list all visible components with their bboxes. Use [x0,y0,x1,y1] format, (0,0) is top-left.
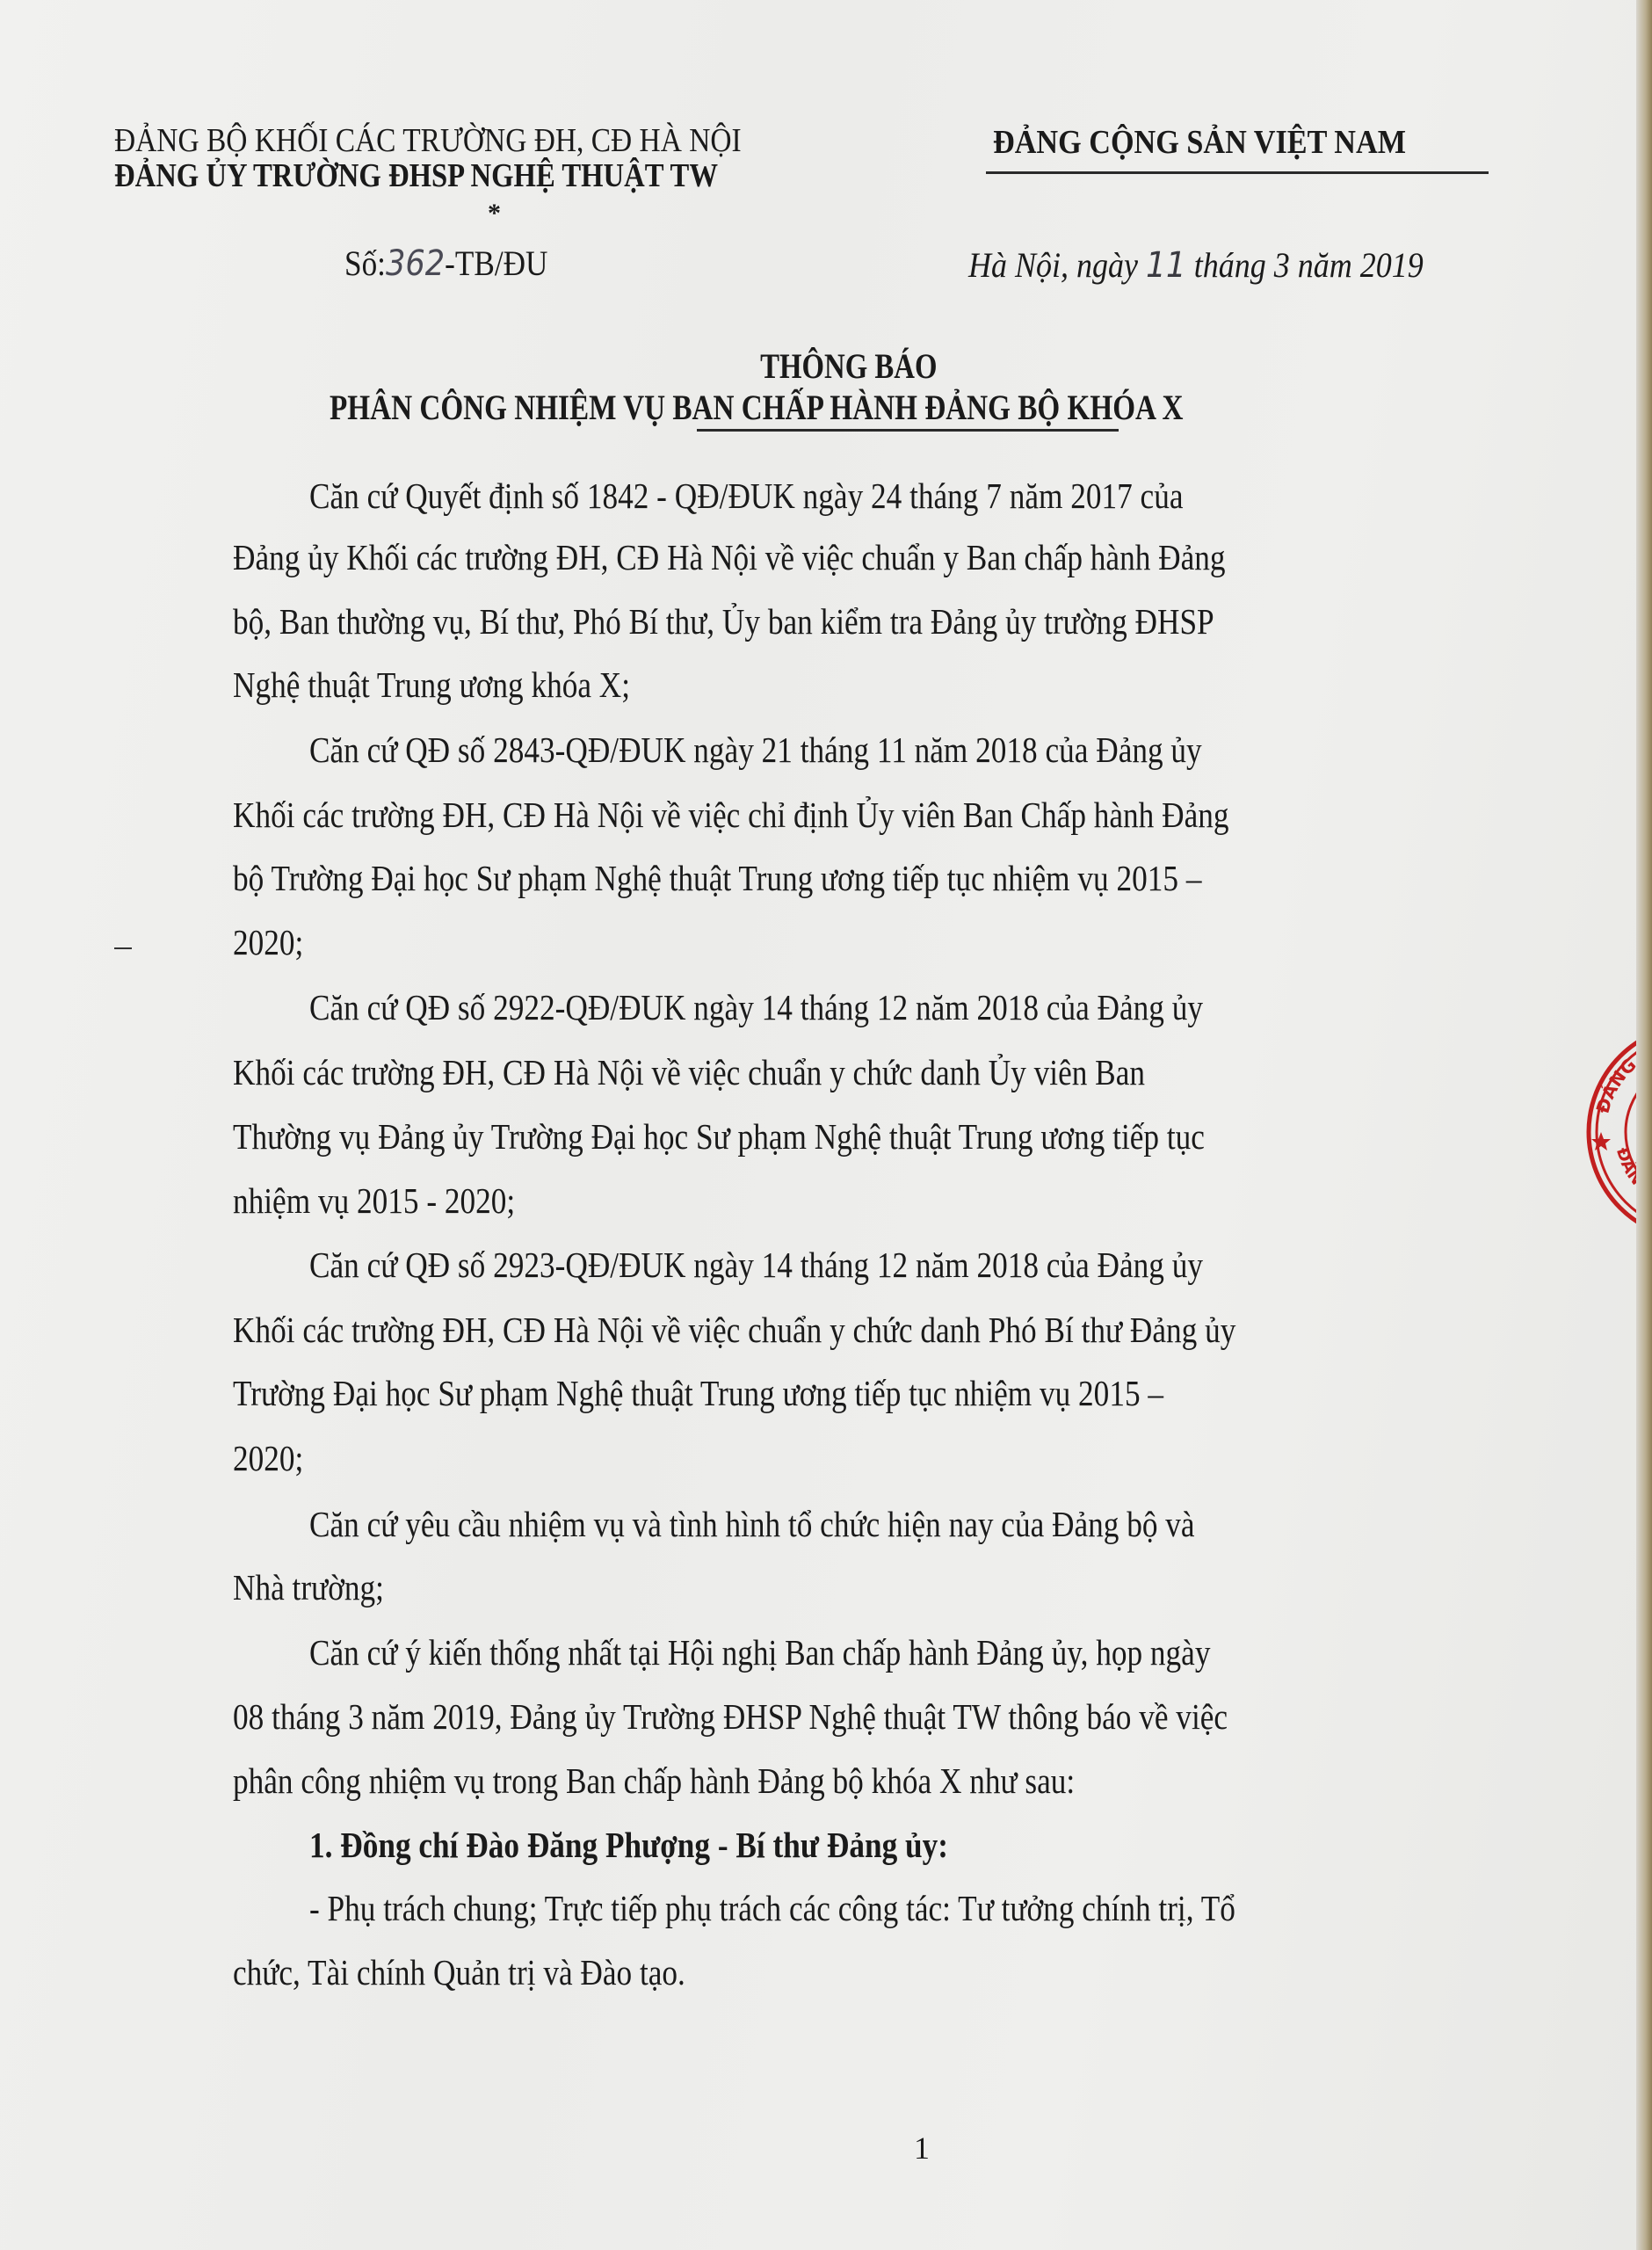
document-page: ĐẢNG BỘ KHỐI CÁC TRƯỜNG ĐH, CĐ HÀ NỘI ĐẢ… [0,0,1636,2250]
body-text-line: chức, Tài chính Quản trị và Đào tạo. [233,1951,685,1993]
date-day-handwritten: 11 [1146,245,1186,286]
page-number: 1 [914,2130,930,2167]
body-text-line: Căn cứ Quyết định số 1842 - QĐ/ĐUK ngày … [309,475,1183,517]
page-edge-shadow [1636,0,1652,2250]
body-text-line: 2020; [233,921,303,963]
section-heading: 1. Đồng chí Đào Đăng Phượng - Bí thư Đản… [309,1824,948,1866]
date-prefix: Hà Nội, ngày [968,245,1138,285]
body-text-line: Trường Đại học Sư phạm Nghệ thuật Trung … [233,1372,1163,1414]
body-text-line: bộ Trường Đại học Sư phạm Nghệ thuật Tru… [233,857,1201,899]
body-text-line: Nhà trường; [233,1566,384,1608]
issuing-body-parent: ĐẢNG BỘ KHỐI CÁC TRƯỜNG ĐH, CĐ HÀ NỘI [114,121,742,160]
body-text-line: Thường vụ Đảng ủy Trường Đại học Sư phạm… [233,1115,1205,1158]
body-text-line: Nghệ thuật Trung ương khóa X; [233,664,630,706]
body-text-line: bộ, Ban thường vụ, Bí thư, Phó Bí thư, Ủ… [233,600,1214,642]
document-number-handwritten: 362 [386,243,445,284]
date-suffix: tháng 3 năm 2019 [1194,245,1424,285]
body-text-line: phân công nhiệm vụ trong Ban chấp hành Đ… [233,1760,1075,1802]
body-text-line: Đảng ủy Khối các trường ĐH, CĐ Hà Nội về… [233,536,1226,578]
body-text-line: nhiệm vụ 2015 - 2020; [233,1179,515,1222]
document-date: Hà Nội, ngày 11 tháng 3 năm 2019 [968,244,1424,286]
document-number: Số:362-TB/ĐU [344,243,547,284]
body-text-line: - Phụ trách chung; Trực tiếp phụ trách c… [309,1887,1235,1929]
body-text-line: Khối các trường ĐH, CĐ Hà Nội về việc ch… [233,794,1229,836]
title-underline [697,429,1119,432]
body-text-line: 08 tháng 3 năm 2019, Đảng ủy Trường ĐHSP… [233,1695,1228,1738]
body-text-line: 2020; [233,1437,303,1479]
header-star-mark: * [488,199,501,229]
body-text-line: Căn cứ QĐ số 2843-QĐ/ĐUK ngày 21 tháng 1… [309,729,1202,771]
party-name-underline [986,171,1489,174]
issuing-body: ĐẢNG ỦY TRƯỜNG ĐHSP NGHỆ THUẬT TW [114,156,718,195]
document-number-suffix: -TB/ĐU [445,243,547,283]
body-text-line: Căn cứ QĐ số 2923-QĐ/ĐUK ngày 14 tháng 1… [309,1244,1203,1286]
margin-mark [114,947,132,949]
document-subject-title: PHÂN CÔNG NHIỆM VỤ BAN CHẤP HÀNH ĐẢNG BỘ… [330,387,1183,428]
document-type-title: THÔNG BÁO [0,345,1636,387]
body-text-line: Khối các trường ĐH, CĐ Hà Nội về việc ch… [233,1051,1145,1093]
party-name: ĐẢNG CỘNG SẢN VIỆT NAM [993,123,1406,162]
document-number-prefix: Số: [344,243,386,283]
body-text-line: Căn cứ yêu cầu nhiệm vụ và tình hình tổ … [309,1503,1195,1545]
body-text-line: Khối các trường ĐH, CĐ Hà Nội về việc ch… [233,1309,1235,1351]
body-text-line: Căn cứ QĐ số 2922-QĐ/ĐUK ngày 14 tháng 1… [309,986,1203,1028]
body-text-line: Căn cứ ý kiến thống nhất tại Hội nghị Ba… [309,1631,1210,1673]
